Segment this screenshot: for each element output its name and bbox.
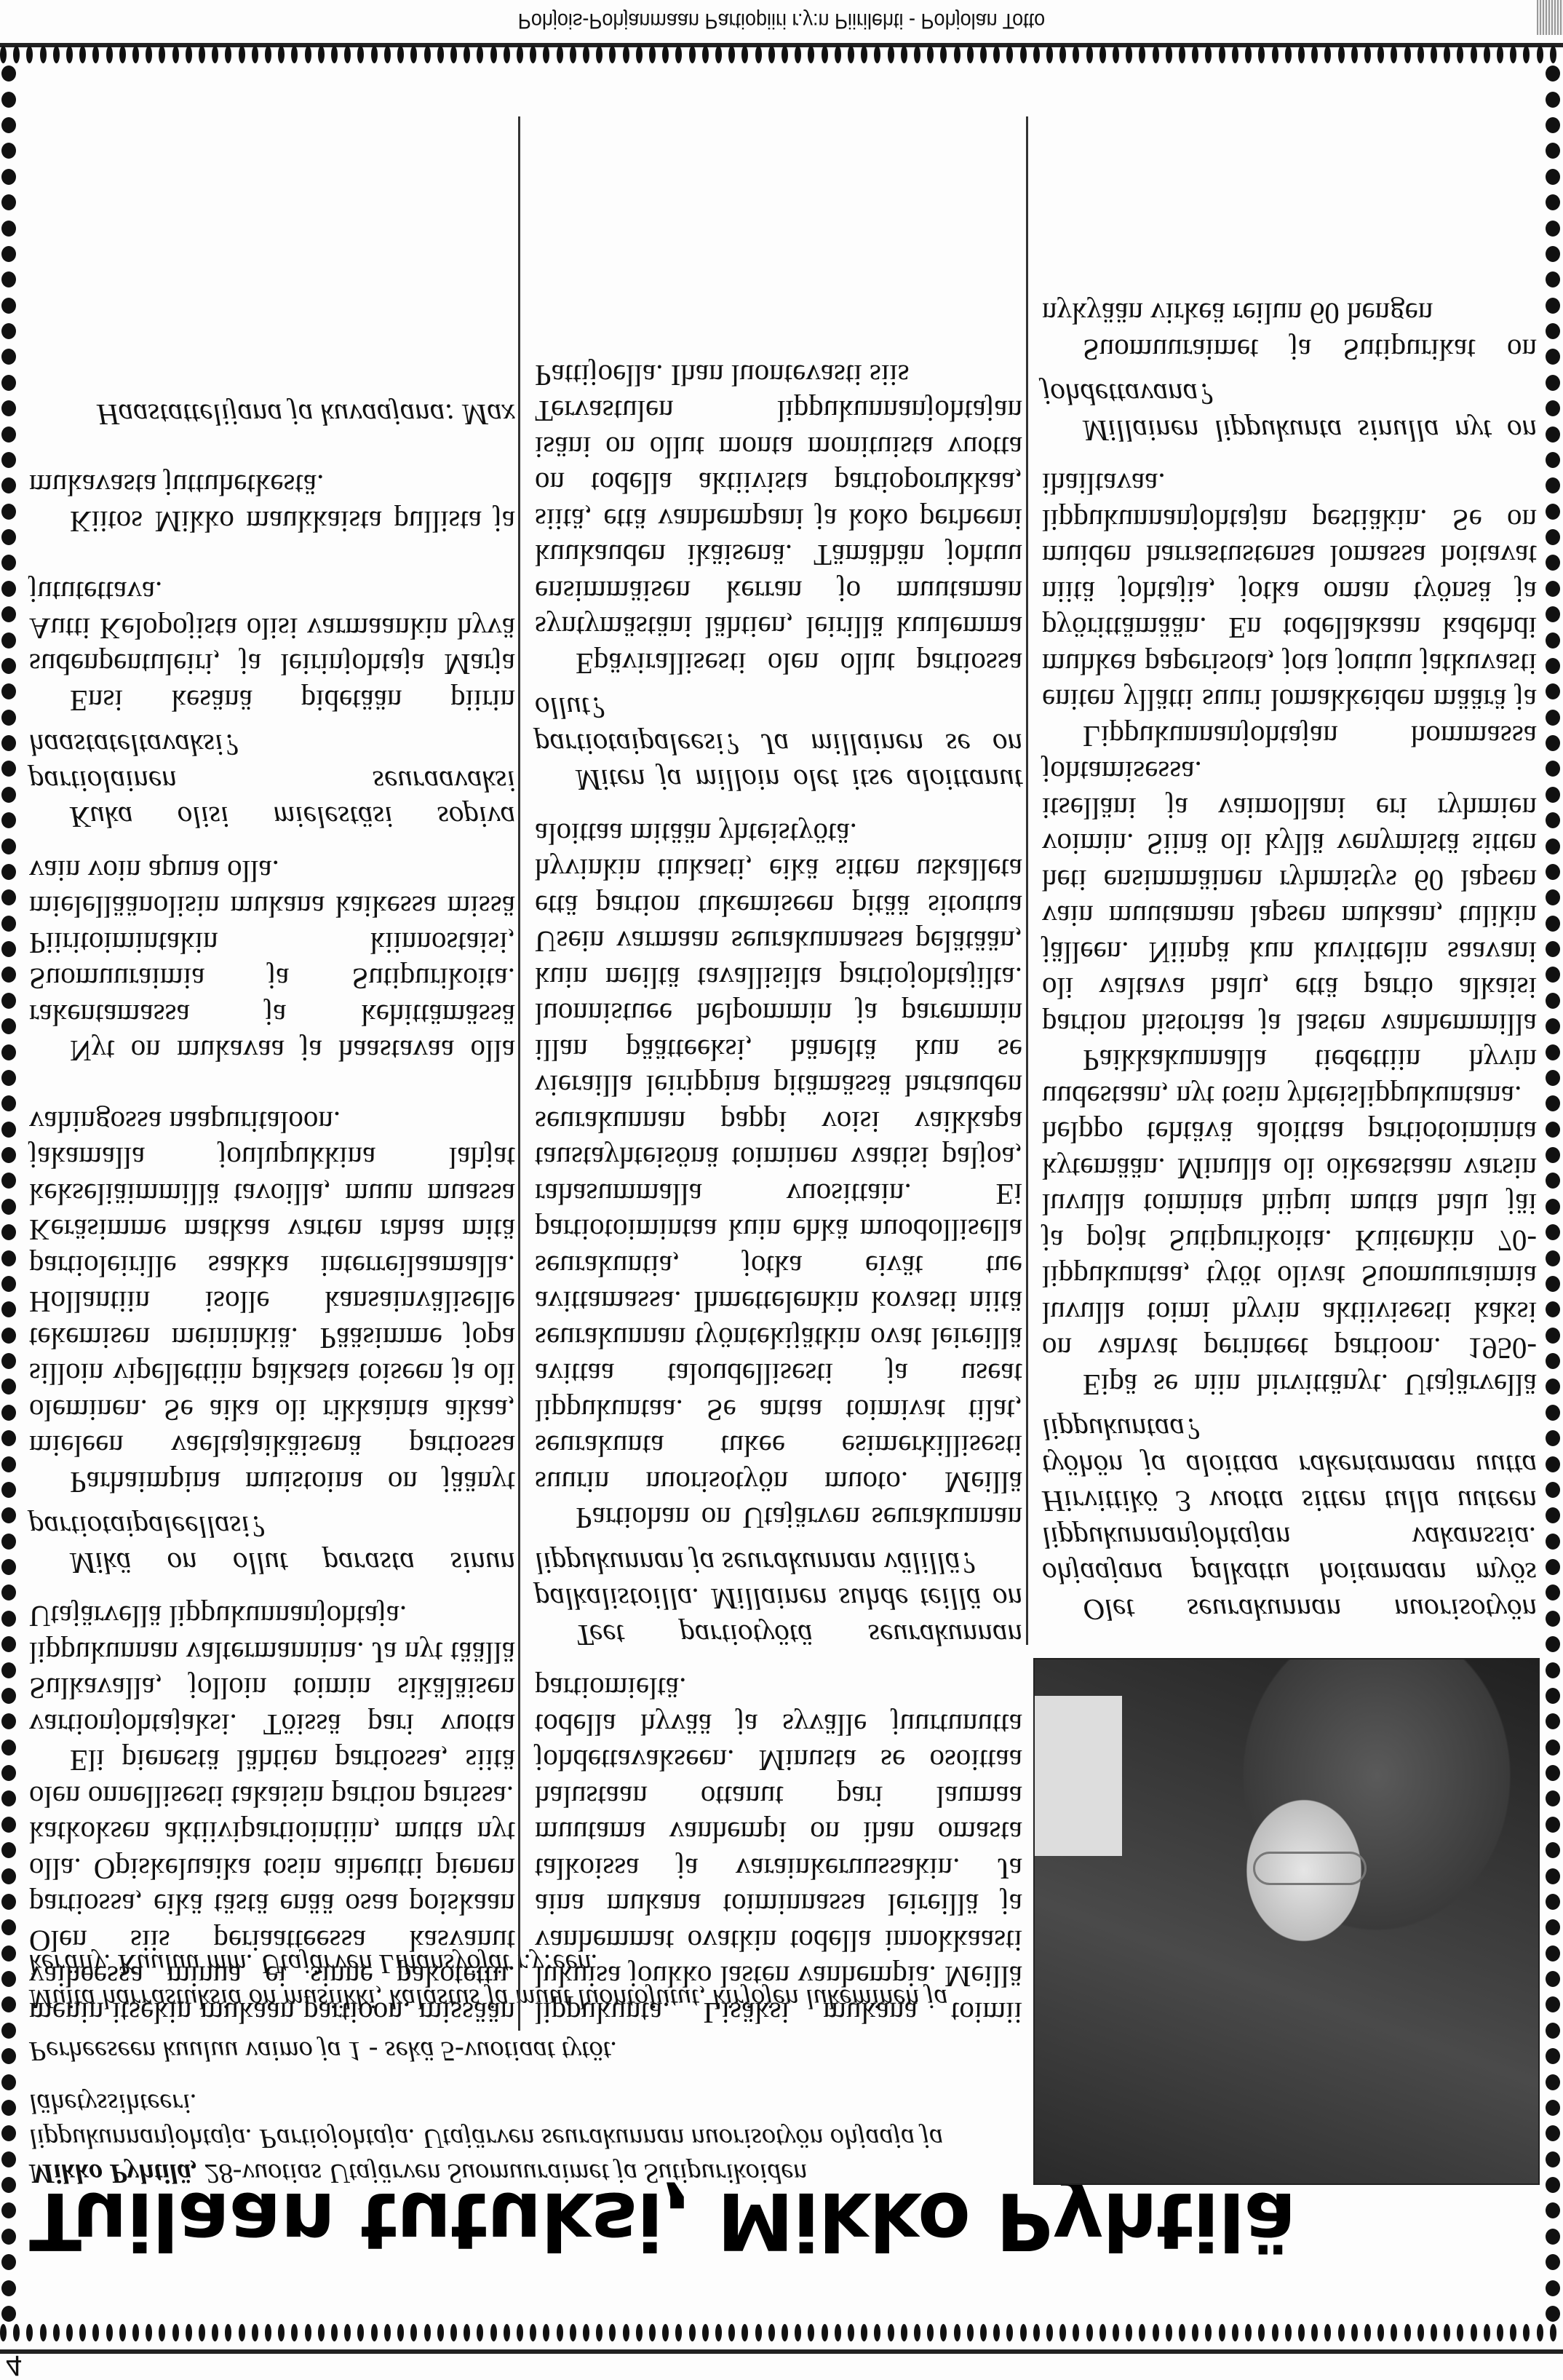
border-dot — [1, 1456, 16, 1472]
border-dot — [1546, 993, 1560, 1009]
border-dot — [1546, 606, 1560, 622]
border-dot — [331, 46, 338, 63]
border-dot — [808, 2324, 814, 2341]
border-dot — [119, 46, 126, 63]
border-dot — [1546, 2074, 1560, 2090]
border-dot — [967, 2324, 974, 2341]
border-dot — [1285, 46, 1292, 63]
border-dot — [291, 2324, 298, 2341]
border-dot — [1258, 2324, 1265, 2341]
border-dot — [146, 2324, 152, 2341]
border-dot — [636, 46, 643, 63]
border-dot — [371, 46, 378, 63]
intro-name: Mikko Pyhtilä, — [29, 2158, 198, 2189]
border-dot — [1546, 1740, 1560, 1756]
border-dot — [410, 2324, 417, 2341]
border-dot — [675, 2324, 682, 2341]
border-dot — [1232, 2324, 1238, 2341]
border-dot — [1546, 683, 1560, 699]
border-dot — [1, 169, 16, 185]
border-dot — [1272, 46, 1278, 63]
border-dot — [1510, 2324, 1516, 2341]
border-dot — [305, 46, 311, 63]
border-dot — [40, 46, 47, 63]
border-dot — [1, 2023, 16, 2039]
border-dot — [1546, 1688, 1560, 1704]
border-dot — [1179, 2324, 1185, 2341]
border-dot — [662, 46, 669, 63]
border-dot — [1546, 1276, 1560, 1292]
border-dot — [132, 46, 139, 63]
border-dot — [702, 2324, 709, 2341]
border-dot — [92, 2324, 99, 2341]
border-dot — [1, 1534, 16, 1550]
border-dot — [1020, 2324, 1027, 2341]
border-dot — [1, 1713, 16, 1729]
border-dot — [40, 2324, 47, 2341]
border-dot — [1546, 1456, 1560, 1472]
border-dot — [1033, 46, 1040, 63]
border-dot — [1351, 46, 1358, 63]
border-dot — [186, 46, 192, 63]
border-dot — [331, 2324, 338, 2341]
border-dot — [1546, 1971, 1560, 1987]
border-dot — [861, 2324, 867, 2341]
border-dot — [1546, 504, 1560, 520]
border-dot — [1, 2203, 16, 2219]
border-dot — [464, 2324, 470, 2341]
border-dot — [861, 46, 867, 63]
border-dot — [1, 271, 16, 287]
intro-family: Perheeseen kuuluu vaimo ja 1 - sekä 5-vu… — [29, 2034, 1019, 2068]
dotted-border-bottom — [0, 45, 1557, 64]
border-dot — [1546, 1611, 1560, 1627]
border-dot — [1006, 46, 1013, 63]
border-dot — [1546, 1919, 1560, 1935]
border-dot — [1546, 271, 1560, 287]
border-dot — [239, 46, 245, 63]
border-dot — [1546, 812, 1560, 828]
border-dot — [1546, 2125, 1560, 2141]
border-dot — [649, 46, 656, 63]
border-dot — [1546, 1585, 1560, 1601]
border-dot — [781, 46, 788, 63]
body-paragraph: Paikkakunnalla tiedettiin hyvin partion … — [1042, 754, 1537, 1079]
border-dot — [1, 1070, 16, 1086]
border-dot — [689, 46, 696, 63]
border-dot — [1546, 1044, 1560, 1060]
border-dot — [768, 46, 775, 63]
border-dot — [1, 221, 16, 237]
border-dot — [1, 427, 16, 443]
border-dot — [1, 1842, 16, 1858]
border-dot — [1059, 2324, 1066, 2341]
border-dot — [1298, 2324, 1305, 2341]
border-dot — [1046, 46, 1053, 63]
border-dot — [1, 2254, 16, 2270]
border-dot — [1510, 46, 1516, 63]
glasses-shape — [1253, 1852, 1367, 1885]
border-dot — [596, 2324, 602, 2341]
border-dot — [1179, 46, 1185, 63]
interview-question: Mikä on ollut parasta sinun partiotaipal… — [29, 1509, 515, 1581]
border-dot — [1338, 46, 1345, 63]
border-dot — [1, 1945, 16, 1961]
border-dot — [159, 46, 165, 63]
border-dot — [1, 2048, 16, 2064]
border-dot — [1457, 46, 1463, 63]
border-dot — [1, 1301, 16, 1317]
border-dot — [53, 46, 60, 63]
border-dot — [1, 1740, 16, 1756]
border-dot — [1546, 735, 1560, 751]
border-dot — [13, 2324, 20, 2341]
border-dot — [1546, 1713, 1560, 1729]
border-dot — [1471, 46, 1477, 63]
border-dot — [1, 555, 16, 571]
border-dot — [1431, 2324, 1437, 2341]
border-dot — [954, 2324, 961, 2341]
border-dot — [424, 2324, 431, 2341]
border-dot — [397, 2324, 404, 2341]
dotted-border-right — [0, 66, 17, 2322]
border-dot — [291, 46, 298, 63]
border-dot — [1, 787, 16, 803]
border-dot — [1546, 1095, 1560, 1111]
border-dot — [1364, 46, 1371, 63]
border-dot — [1546, 246, 1560, 262]
border-dot — [1, 1122, 16, 1138]
border-dot — [1046, 2324, 1053, 2341]
border-dot — [795, 46, 801, 63]
border-dot — [1, 1328, 16, 1344]
border-dot — [1497, 2324, 1503, 2341]
border-dot — [1546, 92, 1560, 108]
border-dot — [1, 735, 16, 751]
body-paragraph: Eipä se niin hirvittänyt. Utajärvellä on… — [1042, 1079, 1537, 1403]
border-dot — [1391, 2324, 1397, 2341]
border-dot — [1546, 1147, 1560, 1163]
border-dot — [1099, 46, 1106, 63]
border-dot — [927, 46, 934, 63]
border-dot — [1006, 2324, 1013, 2341]
border-dot — [1139, 2324, 1145, 2341]
border-dot — [1546, 1328, 1560, 1344]
border-dot — [1, 2151, 16, 2167]
border-dot — [1, 710, 16, 726]
border-dot — [278, 46, 285, 63]
border-dot — [1377, 2324, 1384, 2341]
border-dot — [888, 46, 894, 63]
border-dot — [835, 2324, 841, 2341]
border-dot — [1546, 117, 1560, 133]
border-dot — [715, 46, 722, 63]
border-dot — [1, 66, 16, 82]
text-column-2: lippukunta. Lisäksi mukana toimii lukuis… — [535, 357, 1022, 2031]
border-dot — [424, 46, 431, 63]
border-dot — [623, 46, 629, 63]
border-dot — [570, 2324, 576, 2341]
border-dot — [662, 2324, 669, 2341]
border-dot — [1, 2074, 16, 2090]
border-dot — [252, 2324, 258, 2341]
border-dot — [0, 46, 7, 63]
border-dot — [199, 46, 205, 63]
border-dot — [1546, 1379, 1560, 1395]
border-dot — [1404, 46, 1411, 63]
border-dot — [1126, 46, 1132, 63]
border-dot — [1, 941, 16, 957]
intro-lead: Mikko Pyhtilä, 28-vuotias Utajärven Suom… — [29, 2086, 1019, 2191]
border-dot — [1523, 46, 1530, 63]
border-dot — [490, 46, 497, 63]
body-paragraph: Epävirallisesti olen ollut partiossa syn… — [535, 357, 1022, 682]
border-dot — [1, 606, 16, 622]
border-dot — [1205, 2324, 1212, 2341]
border-dot — [1497, 46, 1503, 63]
border-dot — [1, 1765, 16, 1781]
border-dot — [728, 46, 735, 63]
border-dot — [265, 2324, 271, 2341]
border-dot — [1546, 323, 1560, 339]
border-dot — [1546, 761, 1560, 777]
border-dot — [1166, 2324, 1172, 2341]
border-dot — [26, 2324, 33, 2341]
border-dot — [1546, 2203, 1560, 2219]
border-dot — [570, 46, 576, 63]
border-dot — [1546, 1662, 1560, 1678]
border-dot — [874, 46, 880, 63]
border-dot — [1546, 916, 1560, 932]
border-dot — [1219, 2324, 1225, 2341]
border-dot — [583, 2324, 589, 2341]
border-dot — [1351, 2324, 1358, 2341]
border-dot — [1324, 2324, 1331, 2341]
border-dot — [1546, 1199, 1560, 1215]
border-dot — [543, 46, 549, 63]
border-dot — [1, 1018, 16, 1034]
body-paragraph: Partiohan on Utajärven seurakunnan suuri… — [535, 816, 1022, 1536]
border-dot — [741, 46, 748, 63]
border-dot — [689, 2324, 696, 2341]
border-dot — [477, 2324, 483, 2341]
border-dot — [1192, 46, 1198, 63]
border-dot — [1086, 2324, 1093, 2341]
border-dot — [1546, 889, 1560, 905]
border-dot — [172, 46, 179, 63]
border-dot — [1550, 2324, 1556, 2341]
border-dot — [172, 2324, 179, 2341]
border-dot — [835, 46, 841, 63]
border-dot — [980, 2324, 987, 2341]
border-dot — [517, 2324, 523, 2341]
border-dot — [1166, 46, 1172, 63]
border-dot — [755, 46, 762, 63]
border-dot — [1205, 46, 1212, 63]
border-dot — [557, 2324, 563, 2341]
border-dot — [1, 477, 16, 493]
border-dot — [1546, 2023, 1560, 2039]
border-dot — [1, 1095, 16, 1111]
border-dot — [1285, 2324, 1292, 2341]
border-dot — [1546, 1507, 1560, 1523]
body-paragraph: menin itsekin mukaan partioon, missään v… — [29, 1779, 515, 2031]
border-dot — [1546, 1224, 1560, 1240]
border-dot — [1546, 838, 1560, 854]
border-dot — [1546, 1791, 1560, 1807]
border-dot — [1, 812, 16, 828]
border-dot — [1, 916, 16, 932]
border-dot — [940, 46, 947, 63]
border-dot — [914, 2324, 920, 2341]
border-dot — [437, 46, 444, 63]
border-dot — [1537, 2324, 1543, 2341]
border-dot — [1, 452, 16, 468]
border-dot — [1338, 2324, 1345, 2341]
border-dot — [1546, 2151, 1560, 2167]
border-dot — [1020, 46, 1027, 63]
border-dot — [1546, 2306, 1560, 2322]
border-dot — [1, 967, 16, 983]
border-dot — [1, 2100, 16, 2116]
border-dot — [1546, 529, 1560, 545]
border-dot — [1, 2125, 16, 2141]
border-dot — [305, 2324, 311, 2341]
byline-credit: Haastattelijana ja kuvaajana: Max — [29, 397, 515, 433]
border-dot — [265, 46, 271, 63]
border-dot — [1, 323, 16, 339]
border-dot — [1, 117, 16, 133]
border-dot — [901, 2324, 907, 2341]
border-dot — [1, 504, 16, 520]
text-column-1: Olet seurakunnan nuorisotyön ohjaajana p… — [1042, 295, 1537, 1645]
border-dot — [822, 46, 828, 63]
border-dot — [583, 46, 589, 63]
border-dot — [1546, 1070, 1560, 1086]
border-dot — [1391, 46, 1397, 63]
border-dot — [1550, 46, 1556, 63]
border-dot — [1444, 46, 1450, 63]
border-dot — [450, 46, 457, 63]
border-dot — [1192, 2324, 1198, 2341]
border-dot — [1, 683, 16, 699]
border-dot — [132, 2324, 139, 2341]
border-dot — [410, 46, 417, 63]
border-dot — [437, 2324, 444, 2341]
border-dot — [1546, 298, 1560, 314]
border-dot — [1, 92, 16, 108]
border-dot — [1073, 46, 1079, 63]
border-dot — [1033, 2324, 1040, 2341]
corner-halftone — [1537, 0, 1563, 35]
border-dot — [212, 46, 218, 63]
border-dot — [397, 46, 404, 63]
border-dot — [1546, 169, 1560, 185]
border-dot — [609, 46, 616, 63]
border-dot — [1546, 1250, 1560, 1266]
magazine-page: 4 Tuilaan tutuksi, Mikko Pyhtilä Mikko P… — [0, 0, 1563, 2380]
border-dot — [344, 46, 351, 63]
border-dot — [755, 2324, 762, 2341]
border-dot — [1, 1997, 16, 2013]
border-dot — [1, 1636, 16, 1652]
border-dot — [1, 1894, 16, 1910]
border-dot — [1, 349, 16, 365]
border-dot — [808, 46, 814, 63]
border-dot — [1059, 46, 1066, 63]
border-dot — [1, 246, 16, 262]
border-dot — [1, 1379, 16, 1395]
border-dot — [1546, 1997, 1560, 2013]
border-dot — [1546, 555, 1560, 571]
border-dot — [517, 46, 523, 63]
border-dot — [1431, 46, 1437, 63]
border-dot — [1, 143, 16, 159]
border-dot — [636, 2324, 643, 2341]
border-dot — [1546, 477, 1560, 493]
border-dot — [1546, 787, 1560, 803]
border-dot — [702, 46, 709, 63]
border-dot — [66, 46, 73, 63]
border-dot — [504, 46, 510, 63]
border-dot — [1546, 194, 1560, 210]
border-dot — [1404, 2324, 1411, 2341]
column-divider — [518, 116, 520, 2031]
border-dot — [212, 2324, 218, 2341]
border-dot — [106, 2324, 113, 2341]
border-dot — [371, 2324, 378, 2341]
border-dot — [1, 2177, 16, 2193]
border-dot — [1457, 2324, 1463, 2341]
border-dot — [993, 2324, 1000, 2341]
border-dot — [1, 1919, 16, 1935]
border-dot — [1, 194, 16, 210]
border-dot — [1, 1405, 16, 1421]
border-dot — [557, 46, 563, 63]
border-dot — [1546, 375, 1560, 391]
border-dot — [1546, 1173, 1560, 1189]
border-dot — [1546, 1018, 1560, 1034]
border-dot — [225, 46, 231, 63]
border-dot — [940, 2324, 947, 2341]
border-dot — [1444, 2324, 1450, 2341]
border-dot — [1546, 1405, 1560, 1421]
border-dot — [278, 2324, 285, 2341]
border-dot — [1546, 400, 1560, 416]
border-dot — [715, 2324, 722, 2341]
border-dot — [1546, 221, 1560, 237]
border-dot — [530, 2324, 536, 2341]
border-dot — [728, 2324, 735, 2341]
border-dot — [1546, 1534, 1560, 1550]
border-dot — [1, 993, 16, 1009]
border-dot — [1219, 46, 1225, 63]
border-dot — [993, 46, 1000, 63]
border-dot — [1546, 658, 1560, 674]
border-dot — [1546, 581, 1560, 597]
border-dot — [1139, 46, 1145, 63]
border-dot — [1364, 2324, 1371, 2341]
border-dot — [1546, 710, 1560, 726]
border-dot — [1298, 46, 1305, 63]
border-dot — [848, 2324, 854, 2341]
border-dot — [1, 1044, 16, 1060]
border-dot — [106, 46, 113, 63]
border-dot — [1546, 2280, 1560, 2296]
border-dot — [464, 46, 470, 63]
border-dot — [1, 761, 16, 777]
border-dot — [1, 1250, 16, 1266]
